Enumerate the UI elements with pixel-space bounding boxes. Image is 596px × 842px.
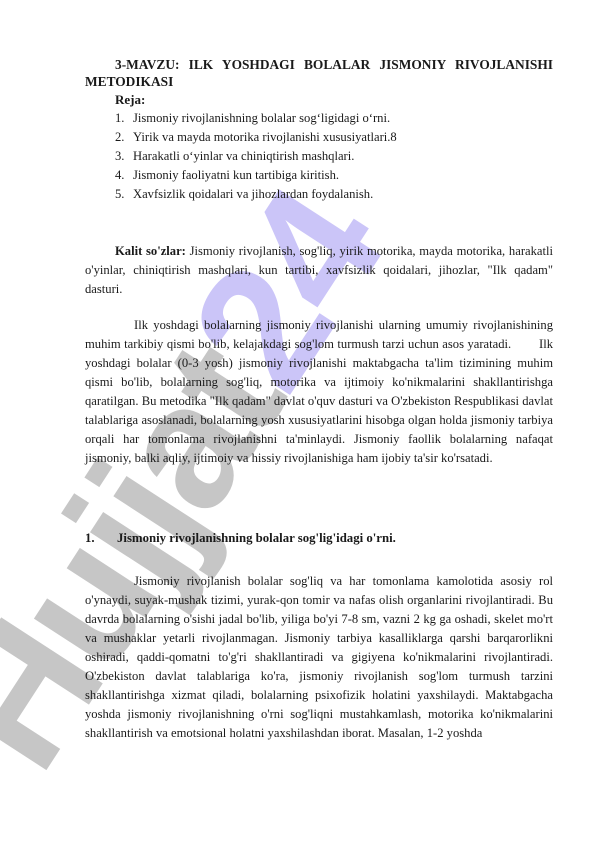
plan-item-text: Harakatli o‘yinlar va chiniqtirish mashq… [133,147,354,166]
plan-list: 1.Jismoniy rivojlanishning bolalar sog‘l… [115,109,553,204]
plan-item-number: 3. [115,147,133,166]
keywords-paragraph: Kalit so'zlar: Jismoniy rivojlanish, sog… [85,242,553,299]
plan-item-number: 4. [115,166,133,185]
plan-label: Reja: [115,91,553,109]
section-heading: 1. Jismoniy rivojlanishning bolalar sog'… [85,529,553,548]
plan-item: 1.Jismoniy rivojlanishning bolalar sog‘l… [115,109,553,128]
plan-item: 4.Jismoniy faoliyatni kun tartibiga kiri… [115,166,553,185]
plan-item-text: Yirik va mayda motorika rivojlanishi xus… [133,128,397,147]
plan-item-text: Xavfsizlik qoidalari va jihozlardan foyd… [133,185,373,204]
plan-item-number: 5. [115,185,133,204]
document-content: 3-MAVZU: ILK YOSHDAGI BOLALAR JISMONIY R… [85,56,553,743]
spacer [85,204,553,242]
keywords-label: Kalit so'zlar: [115,244,186,258]
plan-item-text: Jismoniy faoliyatni kun tartibiga kiriti… [133,166,339,185]
section-title: Jismoniy rivojlanishning bolalar sog'lig… [117,529,396,548]
document-page: Hujjat24 3-MAVZU: ILK YOSHDAGI BOLALAR J… [0,0,596,842]
plan-item: 5.Xavfsizlik qoidalari va jihozlardan fo… [115,185,553,204]
plan-item: 3.Harakatli o‘yinlar va chiniqtirish mas… [115,147,553,166]
intro-paragraph: Ilk yoshdagi bolalarning jismoniy rivojl… [85,316,553,468]
plan-item-text: Jismoniy rivojlanishning bolalar sog‘lig… [133,109,390,128]
section-paragraph: Jismoniy rivojlanish bolalar sog'liq va … [85,572,553,743]
plan-item-number: 2. [115,128,133,147]
document-title: 3-MAVZU: ILK YOSHDAGI BOLALAR JISMONIY R… [85,56,553,90]
plan-item-number: 1. [115,109,133,128]
section-number: 1. [85,529,117,548]
plan-item: 2.Yirik va mayda motorika rivojlanishi x… [115,128,553,147]
